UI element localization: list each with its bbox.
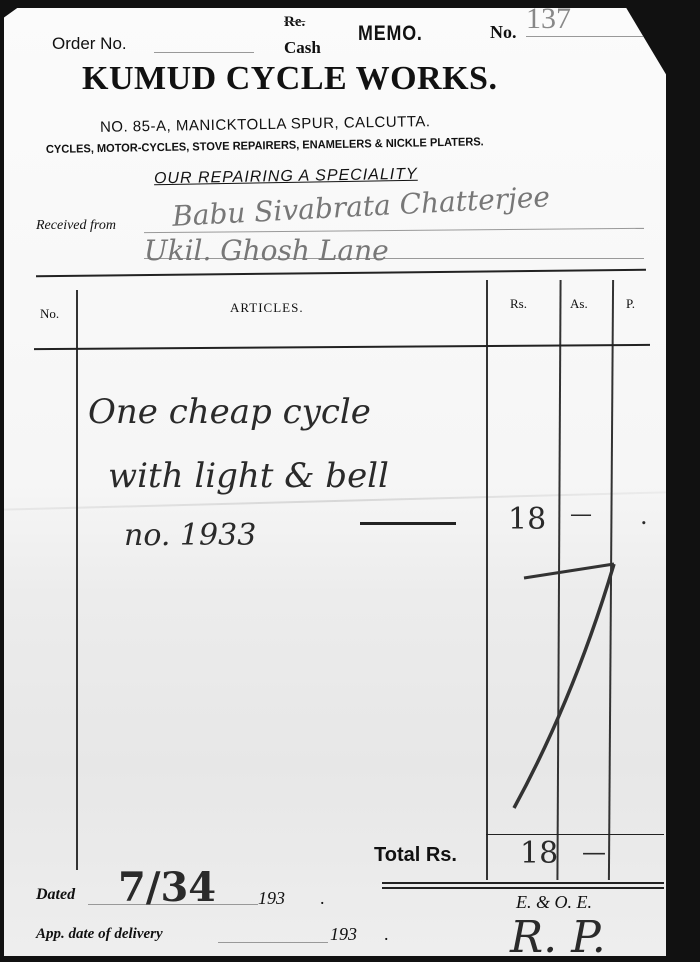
header-articles: ARTICLES. xyxy=(230,300,304,316)
header-rs: Rs. xyxy=(510,296,527,312)
memo-cash-label: Cash xyxy=(284,38,321,58)
total-label: Total Rs. xyxy=(374,844,457,867)
item-as: — xyxy=(570,502,592,527)
column-divider-no xyxy=(76,290,78,870)
item-rs: 18 xyxy=(508,502,546,537)
order-no-line xyxy=(154,52,254,53)
item-line-2: with light & bell xyxy=(108,456,389,496)
item-line-3: no. 1933 xyxy=(124,518,256,553)
memo-label: MEMO. xyxy=(358,22,423,46)
dated-value: 7/34 xyxy=(118,864,216,911)
delivery-label: App. date of delivery xyxy=(36,926,163,943)
header-no: No. xyxy=(40,306,59,322)
company-services: CYCLES, MOTOR-CYCLES, STOVE REPAIRERS, E… xyxy=(46,136,484,156)
item-dash xyxy=(360,522,456,525)
item-line-1: One cheap cycle xyxy=(88,392,371,432)
item-p: . xyxy=(640,502,648,530)
signature: R. P. xyxy=(510,912,606,962)
memo-struck-label: Re. xyxy=(284,14,305,31)
header-bottom-rule xyxy=(34,344,650,350)
company-address: NO. 85-A, MANICKTOLLA SPUR, CALCUTTA. xyxy=(100,113,431,136)
received-name: Babu Sivabrata Chatterjee xyxy=(171,180,550,233)
number-label: No. xyxy=(490,22,517,43)
number-line xyxy=(526,36,646,37)
company-slogan: OUR REPAIRING A SPECIALITY xyxy=(154,166,418,189)
received-address: Ukil. Ghosh Lane xyxy=(144,234,389,267)
memo-number: 137 xyxy=(526,2,571,36)
eoe-label: E. & O. E. xyxy=(516,892,592,913)
total-as: — xyxy=(582,838,606,866)
order-no-label: Order No. xyxy=(52,34,127,54)
delivery-line xyxy=(218,942,328,943)
received-from-label: Received from xyxy=(36,218,116,234)
receipt-paper: Order No. Re. Cash MEMO. No. 137 KUMUD C… xyxy=(4,8,666,956)
header-p: P. xyxy=(626,296,635,312)
total-double-rule-2 xyxy=(382,887,664,889)
cancel-stroke xyxy=(494,548,634,818)
total-rs: 18 xyxy=(520,836,558,871)
header-as: As. xyxy=(570,296,588,312)
total-top-rule xyxy=(486,834,664,835)
header-divider xyxy=(36,269,646,277)
company-name: KUMUD CYCLE WORKS. xyxy=(82,60,497,98)
dated-year: 193 xyxy=(258,888,285,909)
dated-dot: . xyxy=(320,888,325,909)
column-divider-articles xyxy=(486,280,488,880)
dated-label: Dated xyxy=(36,886,75,904)
total-double-rule-1 xyxy=(382,882,664,884)
delivery-dot: . xyxy=(384,924,389,945)
delivery-year: 193 xyxy=(330,924,357,945)
